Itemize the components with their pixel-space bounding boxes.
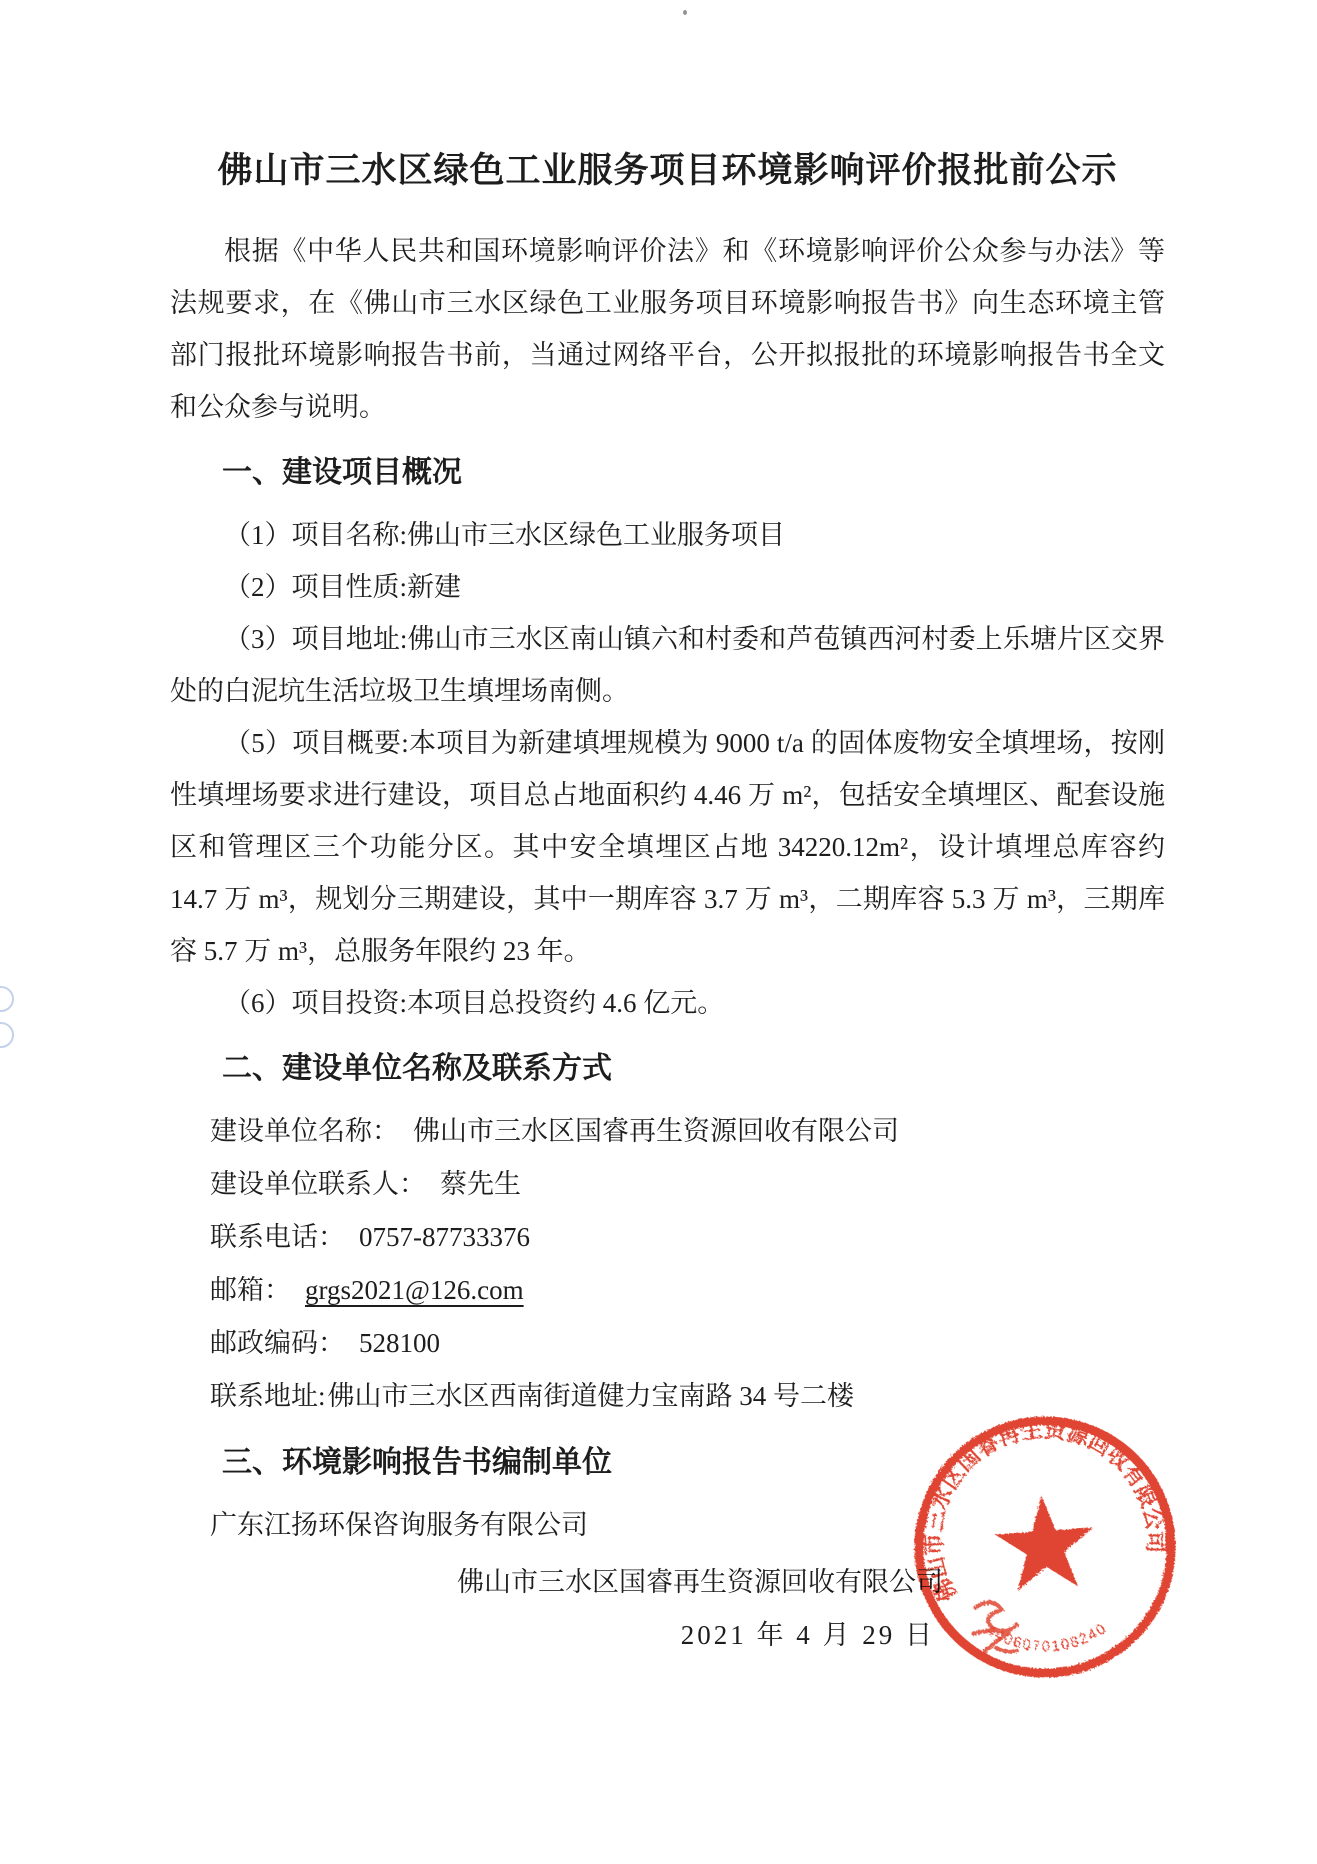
- section-heading-overview: 一、建设项目概况: [170, 447, 1165, 499]
- contact-row-address: 联系地址:佛山市三水区西南街道健力宝南路 34 号二楼: [170, 1370, 1165, 1423]
- contact-label: 建设单位联系人：: [210, 1169, 426, 1199]
- overview-item-summary: （5）项目概要:本项目为新建填埋规模为 9000 t/a 的固体废物安全填埋场，…: [170, 717, 1165, 977]
- scanned-document-page: 佛山市三水区绿色工业服务项目环境影响评价报批前公示 根据《中华人民共和国环境影响…: [0, 0, 1317, 1864]
- contact-value: 佛山市三水区西南街道健力宝南路 34 号二楼: [328, 1381, 855, 1411]
- page-title: 佛山市三水区绿色工业服务项目环境影响评价报批前公示: [170, 146, 1165, 195]
- section-heading-contact: 二、建设单位名称及联系方式: [170, 1043, 1165, 1095]
- signature-company: 佛山市三水区国睿再生资源回收有限公司: [170, 1556, 1165, 1609]
- contact-label: 联系地址:: [210, 1381, 326, 1411]
- contact-row-person: 建设单位联系人：蔡先生: [170, 1158, 1165, 1211]
- ink-ring-icon: [0, 1022, 14, 1048]
- overview-item-name: （1）项目名称:佛山市三水区绿色工业服务项目: [170, 509, 1165, 561]
- contact-label: 邮政编码：: [210, 1328, 345, 1358]
- overview-item-nature: （2）项目性质:新建: [170, 561, 1165, 613]
- contact-label: 邮箱：: [210, 1275, 291, 1305]
- signature-date: 2021 年 4 月 29 日: [170, 1609, 1165, 1662]
- contact-row-email: 邮箱：grgs2021@126.com: [170, 1264, 1165, 1317]
- ink-ring-icon: [0, 986, 14, 1012]
- contact-row-phone: 联系电话：0757-87733376: [170, 1211, 1165, 1264]
- section-heading-preparer: 三、环境影响报告书编制单位: [170, 1437, 1165, 1489]
- scan-speck: [683, 10, 687, 15]
- overview-item-address: （3）项目地址:佛山市三水区南山镇六和村委和芦苞镇西河村委上乐塘片区交界处的白泥…: [170, 613, 1165, 717]
- ink-mark-artifact: [0, 986, 14, 1048]
- contact-value: 蔡先生: [440, 1169, 521, 1199]
- contact-row-company: 建设单位名称：佛山市三水区国睿再生资源回收有限公司: [170, 1105, 1165, 1158]
- contact-label: 建设单位名称：: [210, 1116, 399, 1146]
- contact-row-postcode: 邮政编码：528100: [170, 1317, 1165, 1370]
- email-link[interactable]: grgs2021@126.com: [305, 1275, 524, 1305]
- contact-value: 528100: [359, 1328, 440, 1358]
- intro-paragraph: 根据《中华人民共和国环境影响评价法》和《环境影响评价公众参与办法》等法规要求，在…: [170, 225, 1165, 433]
- preparer-company: 广东江扬环保咨询服务有限公司: [170, 1499, 1165, 1552]
- overview-item-investment: （6）项目投资:本项目总投资约 4.6 亿元。: [170, 977, 1165, 1029]
- document-content: 佛山市三水区绿色工业服务项目环境影响评价报批前公示 根据《中华人民共和国环境影响…: [170, 146, 1165, 1662]
- contact-value: 0757-87733376: [359, 1222, 530, 1252]
- contact-label: 联系电话：: [210, 1222, 345, 1252]
- contact-value: 佛山市三水区国睿再生资源回收有限公司: [413, 1116, 899, 1146]
